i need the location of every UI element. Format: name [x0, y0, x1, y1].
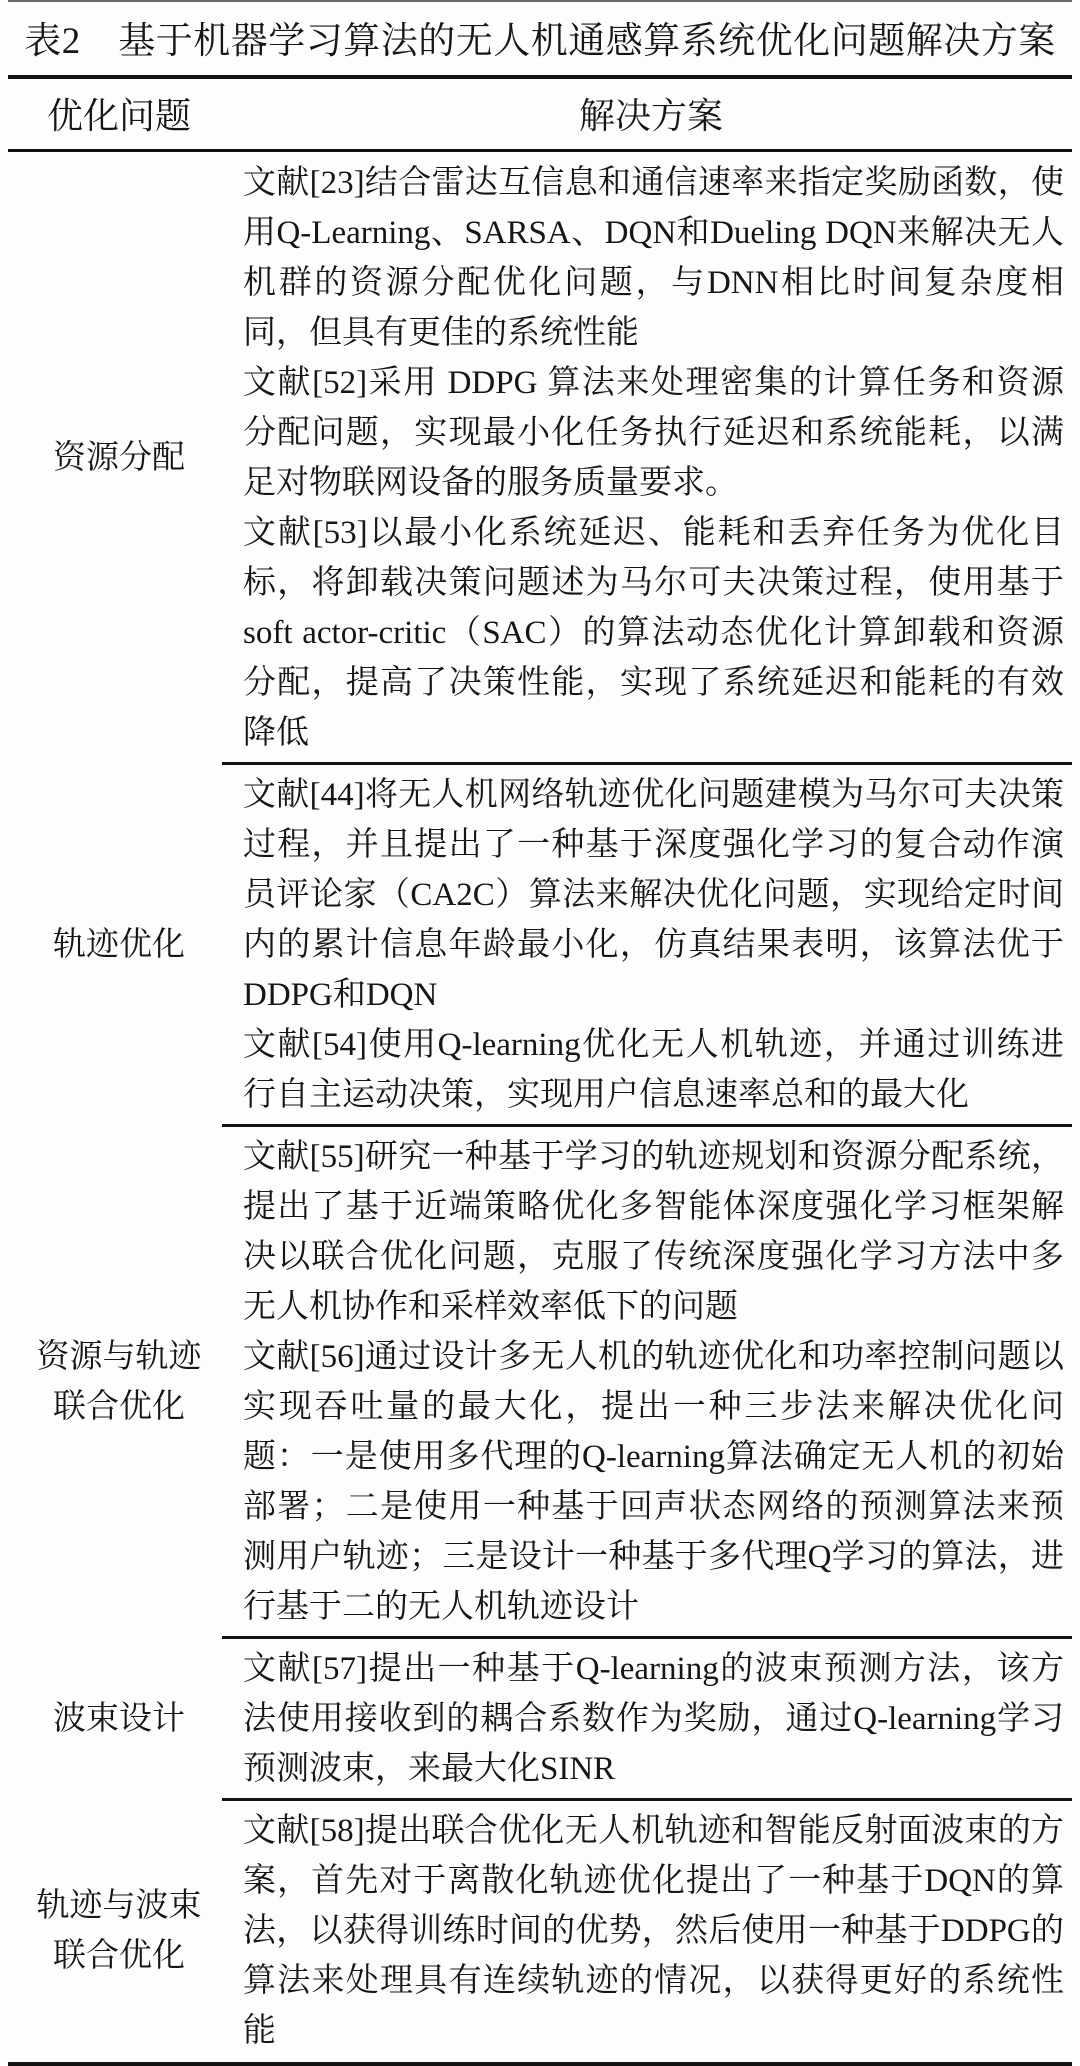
table-row: 波束设计 文献[57]提出一种基于Q-learning的波束预测方法，该方法使用… [8, 1638, 1072, 1800]
solution-paragraph: 文献[23]结合雷达互信息和通信速率来指定奖励函数，使用Q-Learning、S… [243, 158, 1064, 358]
solution-paragraph: 文献[56]通过设计多无人机的轨迹优化和功率控制问题以实现吞吐量的最大化，提出一… [243, 1332, 1064, 1632]
table-body: 资源分配 文献[23]结合雷达互信息和通信速率来指定奖励函数，使用Q-Learn… [8, 152, 1072, 2062]
table-row: 资源与轨迹 联合优化 文献[55]研究一种基于学习的轨迹规划和资源分配系统，提出… [8, 1126, 1072, 1638]
solution-cell: 文献[23]结合雷达互信息和通信速率来指定奖励函数，使用Q-Learning、S… [230, 158, 1072, 758]
solution-paragraph: 文献[53]以最小化系统延迟、能耗和丢弃任务为优化目标，将卸载决策问题述为马尔可… [243, 508, 1064, 758]
solution-paragraph: 文献[58]提出联合优化无人机轨迹和智能反射面波束的方案，首先对于离散化轨迹优化… [243, 1806, 1064, 2056]
problem-cell: 资源分配 [8, 158, 230, 758]
column-header-solution: 解决方案 [230, 88, 1072, 139]
problem-cell: 资源与轨迹 联合优化 [8, 1132, 230, 1632]
solution-paragraph: 文献[57]提出一种基于Q-learning的波束预测方法，该方法使用接收到的耦… [243, 1644, 1064, 1794]
solution-paragraph: 文献[54]使用Q-learning优化无人机轨迹，并通过训练进行自主运动决策，… [243, 1020, 1064, 1120]
solution-cell: 文献[55]研究一种基于学习的轨迹规划和资源分配系统，提出了基于近端策略优化多智… [230, 1132, 1072, 1632]
table: 优化问题 解决方案 资源分配 文献[23]结合雷达互信息和通信速率来指定奖励函数… [8, 75, 1072, 2066]
problem-cell: 波束设计 [8, 1644, 230, 1794]
solution-paragraph: 文献[52]采用 DDPG 算法来处理密集的计算任务和资源分配问题，实现最小化任… [243, 358, 1064, 508]
table-header-row: 优化问题 解决方案 [8, 79, 1072, 152]
paper-table-figure: 表2 基于机器学习算法的无人机通感算系统优化问题解决方案 优化问题 解决方案 资… [0, 0, 1080, 2066]
table-row: 轨迹优化 文献[44]将无人机网络轨迹优化问题建模为马尔可夫决策过程，并且提出了… [8, 764, 1072, 1126]
table-row: 资源分配 文献[23]结合雷达互信息和通信速率来指定奖励函数，使用Q-Learn… [8, 152, 1072, 764]
solution-paragraph: 文献[44]将无人机网络轨迹优化问题建模为马尔可夫决策过程，并且提出了一种基于深… [243, 770, 1064, 1020]
solution-cell: 文献[57]提出一种基于Q-learning的波束预测方法，该方法使用接收到的耦… [230, 1644, 1072, 1794]
problem-cell: 轨迹与波束 联合优化 [8, 1806, 230, 2056]
column-header-problem: 优化问题 [8, 88, 230, 139]
table-caption: 表2 基于机器学习算法的无人机通感算系统优化问题解决方案 [8, 2, 1072, 75]
problem-cell: 轨迹优化 [8, 770, 230, 1120]
solution-cell: 文献[58]提出联合优化无人机轨迹和智能反射面波束的方案，首先对于离散化轨迹优化… [230, 1806, 1072, 2056]
solution-paragraph: 文献[55]研究一种基于学习的轨迹规划和资源分配系统，提出了基于近端策略优化多智… [243, 1132, 1064, 1332]
table-row: 轨迹与波束 联合优化 文献[58]提出联合优化无人机轨迹和智能反射面波束的方案，… [8, 1800, 1072, 2062]
solution-cell: 文献[44]将无人机网络轨迹优化问题建模为马尔可夫决策过程，并且提出了一种基于深… [230, 770, 1072, 1120]
